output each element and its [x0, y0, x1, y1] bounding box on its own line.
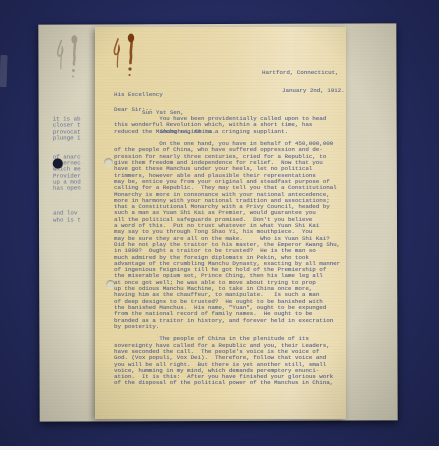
letter-page: Hartford, Connecticut, January 2nd, 1912…	[95, 27, 346, 419]
punch-hole-icon	[104, 158, 113, 167]
salutation: Dear Sir:--	[114, 107, 152, 113]
letter-paragraph: On the one hand, you have in behalf of 4…	[114, 141, 346, 330]
faded-ink-scribble-icon	[50, 30, 86, 82]
punch-hole-icon	[53, 159, 63, 169]
dateline-city: Hartford, Connecticut,	[262, 70, 345, 76]
dateline: Hartford, Connecticut, January 2nd, 1912…	[262, 57, 345, 107]
letter-paragraph: You have been providentially called upon…	[114, 116, 346, 135]
paper-edge-fragment	[0, 55, 8, 87]
letter-paragraph: The people of China in the plenitude of …	[114, 336, 346, 386]
scan-background: it is ab closer t provocat plunge i of a…	[0, 0, 439, 450]
recipient-honorific: His Excellency	[114, 92, 216, 98]
dateline-date: January 2nd, 1912.	[262, 88, 345, 94]
backing-sheet-visible-text: it is ab closer t provocat plunge i of a…	[53, 116, 81, 223]
rust-ink-scribble-icon	[107, 29, 143, 81]
scan-bottom-edge	[0, 446, 439, 450]
letter-body: You have been providentially called upon…	[114, 116, 346, 393]
